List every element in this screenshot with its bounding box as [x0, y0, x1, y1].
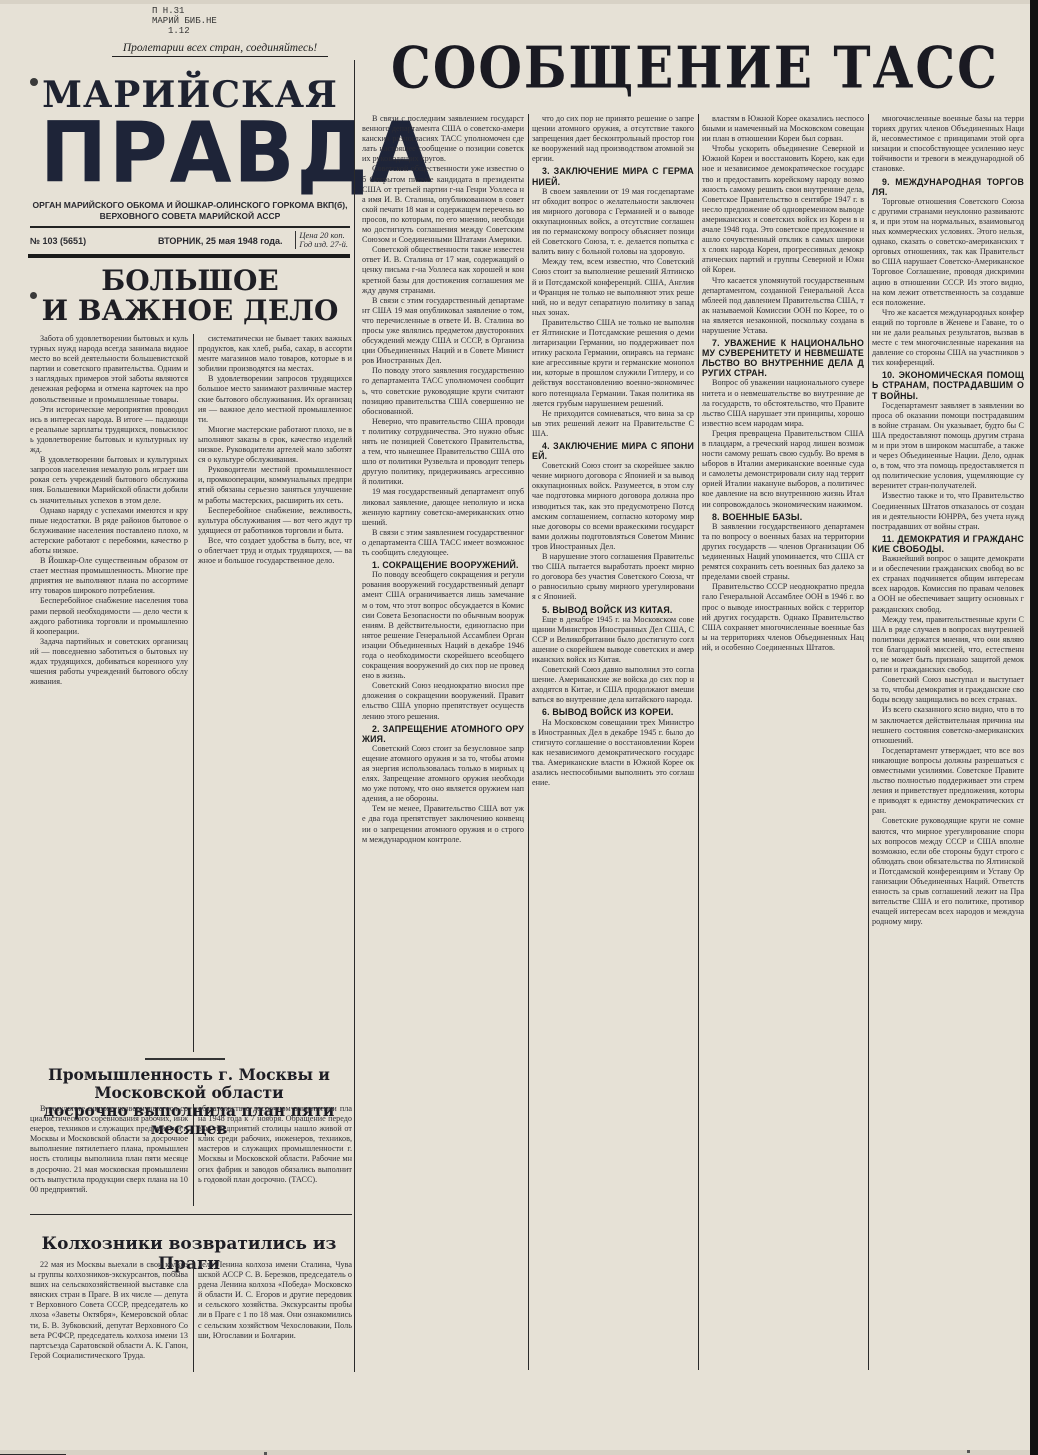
- ink-blot: [30, 78, 38, 86]
- tass-headline: СООБЩЕНИЕ ТАСС: [360, 34, 1030, 102]
- industry-article-column-1: В результате широко развернувшегося соци…: [30, 1104, 188, 1206]
- paragraph: Между тем, правительственные круги США в…: [872, 615, 1024, 676]
- editorial-column-1: Забота об удовлетворении бытовых и культ…: [30, 334, 188, 1052]
- article-separator: [145, 1058, 225, 1060]
- paragraph: В связи с этим государственный департаме…: [362, 296, 524, 367]
- paragraph: Однако наряду с успехами имеются и крупн…: [30, 506, 188, 556]
- paragraph: Известно также и то, что Правительство С…: [872, 491, 1024, 531]
- section-heading: 3. ЗАКЛЮЧЕНИЕ МИРА С ГЕРМАНИЕЙ.: [532, 166, 694, 186]
- tass-column-4: многочисленные военные базы на территори…: [872, 114, 1024, 1370]
- paragraph: Торговые отношения Советского Союза с др…: [872, 197, 1024, 308]
- tass-column-3: властям в Южной Корее оказались неспособ…: [702, 114, 864, 1370]
- masthead-organ-line: ОРГАН МАРИЙСКОГО ОБКОМА И ЙОШКАР-ОЛИНСКО…: [30, 200, 350, 228]
- paragraph: Госдепартамент утверждает, что все возни…: [872, 746, 1024, 817]
- issue-number: № 103 (5651): [30, 236, 86, 246]
- paragraph: что до сих пор не принято решение о запр…: [532, 114, 694, 164]
- paragraph: Тем не менее, Правительство США вот уже …: [362, 804, 524, 844]
- section-heading: 2. ЗАПРЕЩЕНИЕ АТОМНОГО ОРУЖИЯ.: [362, 724, 524, 744]
- paragraph: В связи с этим заявлением государственно…: [362, 528, 524, 558]
- paragraph: В своем заявлении от 19 мая госдепартаме…: [532, 187, 694, 258]
- paragraph: Правительство США не только не выполняет…: [532, 318, 694, 409]
- organ-line-1: ОРГАН МАРИЙСКОГО ОБКОМА И ЙОШКАР-ОЛИНСКО…: [30, 200, 350, 211]
- kolkhoz-article-column-1: 22 мая из Москвы выехали в свои колхозы …: [30, 1260, 188, 1372]
- section-heading: 8. ВОЕННЫЕ БАЗЫ.: [702, 512, 864, 522]
- paragraph: Руководители местной промышленности, про…: [198, 465, 352, 505]
- paragraph: Советский Союз неоднократно вносил предл…: [362, 681, 524, 721]
- paragraph: Бесперебойное снабжение населения товара…: [30, 596, 188, 636]
- paragraph: Советские руководящие круги не сомневают…: [872, 816, 1024, 927]
- paragraph: Советский Союз стоит за безусловное запр…: [362, 744, 524, 805]
- paragraph: Греция превращена Правительством США в п…: [702, 429, 864, 510]
- paragraph: Еще в декабре 1945 г. на Московском сове…: [532, 615, 694, 665]
- paragraph: многочисленные военные базы на территори…: [872, 114, 1024, 175]
- paragraph: Правительство СССР неоднократно предлага…: [702, 582, 864, 653]
- paragraph: В удовлетворении запросов трудящихся бол…: [198, 374, 352, 424]
- paragraph: Важнейший вопрос о защите демократии и о…: [872, 554, 1024, 615]
- paragraph: Неверно, что правительство США проводит …: [362, 417, 524, 488]
- column-divider: [528, 114, 529, 1370]
- archive-stamp: П Н.31 МАРИЙ БИБ.НЕ 1.12: [152, 6, 217, 36]
- column-divider: [698, 114, 699, 1370]
- paragraph: Эти исторические мероприятия проводились…: [30, 405, 188, 455]
- paragraph: Бесперебойное снабжение, вежливость, кул…: [198, 506, 352, 536]
- section-heading: 7. УВАЖЕНИЕ К НАЦИОНАЛЬНОМУ СУВЕРЕНИТЕТУ…: [702, 338, 864, 378]
- section-heading: 9. МЕЖДУНАРОДНАЯ ТОРГОВЛЯ.: [872, 177, 1024, 197]
- industry-article-column-2: обязательств о досрочном выполнении план…: [198, 1104, 352, 1206]
- paragraph: Из всего сказанного ясно видно, что в то…: [872, 705, 1024, 745]
- section-heading: 6. ВЫВОД ВОЙСК ИЗ КОРЕИ.: [532, 707, 694, 717]
- paragraph: По поводу всеобщего сокращения и регулир…: [362, 570, 524, 681]
- ink-blot: [30, 292, 37, 299]
- newspaper-page: П Н.31 МАРИЙ БИБ.НЕ 1.12 Пролетарии всех…: [0, 4, 1030, 1450]
- paragraph: Вопрос об уважении национального суверен…: [702, 378, 864, 428]
- paragraph: В Йошкар-Оле существенным образом отстае…: [30, 556, 188, 596]
- section-divider: [354, 60, 355, 1372]
- masthead-motto: Пролетарии всех стран, соединяйтесь!: [112, 42, 328, 57]
- paragraph: По поводу этого заявления государственно…: [362, 366, 524, 416]
- section-heading: 1. СОКРАЩЕНИЕ ВООРУЖЕНИЙ.: [362, 560, 524, 570]
- paragraph: Между тем, всем известно, что Советский …: [532, 257, 694, 318]
- paragraph: Многие мастерские работают плохо, не вып…: [198, 425, 352, 465]
- paragraph: Советской общественности уже известно об…: [362, 164, 524, 245]
- column-divider: [868, 114, 869, 1370]
- paragraph: Задача партийных и советских организаций…: [30, 637, 188, 687]
- paragraph: Советский Союз стоит за скорейшее заключ…: [532, 461, 694, 552]
- paragraph: систематически не бывает таких важных пр…: [198, 334, 352, 374]
- paragraph: Советский Союз выступал и выступает за т…: [872, 675, 1024, 705]
- section-heading: 4. ЗАКЛЮЧЕНИЕ МИРА С ЯПОНИЕЙ.: [532, 441, 694, 461]
- column-divider: [193, 334, 194, 1052]
- paragraph: На Московском совещании трех Министров И…: [532, 718, 694, 789]
- paragraph: Чтобы ускорить объединение Северной и Юж…: [702, 144, 864, 275]
- paragraph: В заявлении государственного департамент…: [702, 522, 864, 583]
- paragraph: властям в Южной Корее оказались неспособ…: [702, 114, 864, 144]
- paragraph: Забота об удовлетворении бытовых и культ…: [30, 334, 188, 405]
- kolkhoz-article-column-2: дела Ленина колхоза имени Сталина, Чуваш…: [198, 1260, 352, 1372]
- paragraph: Все, что создает удобства в быту, все, ч…: [198, 536, 352, 566]
- section-heading: 10. ЭКОНОМИЧЕСКАЯ ПОМОЩЬ СТРАНАМ, ПОСТРА…: [872, 370, 1024, 400]
- tass-column-2: что до сих пор не принято решение о запр…: [532, 114, 694, 1370]
- column-divider: [193, 1104, 194, 1206]
- tass-column-1: В связи с последним заявлением государст…: [362, 114, 524, 1370]
- section-heading: 5. ВЫВОД ВОЙСК ИЗ КИТАЯ.: [532, 605, 694, 615]
- issue-info-row: № 103 (5651) ВТОРНИК, 25 мая 1948 года. …: [28, 234, 350, 258]
- paragraph: 19 мая государственный департамент опубл…: [362, 487, 524, 527]
- paragraph: Советский Союз давно выполнил это соглаш…: [532, 665, 694, 705]
- section-heading: 11. ДЕМОКРАТИЯ И ГРАЖДАНСКИЕ СВОБОДЫ.: [872, 534, 1024, 554]
- paragraph: В нарушение этого соглашения Правительст…: [532, 552, 694, 602]
- editorial-column-2: систематически не бывает таких важных пр…: [198, 334, 352, 1052]
- paragraph: Что касается упомянутой государственным …: [702, 276, 864, 337]
- masthead-title-main: ПРАВДА: [40, 110, 340, 196]
- paragraph: Не приходится сомневаться, что вина за с…: [532, 409, 694, 439]
- price-info: Цена 20 коп. Год изд. 27-й.: [295, 231, 348, 249]
- scan-edge: [1030, 0, 1038, 1455]
- paragraph: Что же касается международных конференци…: [872, 308, 1024, 369]
- paragraph: Госдепартамент заявляет в заявлении вопр…: [872, 401, 1024, 492]
- paragraph: Советской общественности также известен …: [362, 245, 524, 295]
- organ-line-2: ВЕРХОВНОГО СОВЕТА МАРИЙСКОЙ АССР: [30, 211, 350, 222]
- issue-date: ВТОРНИК, 25 мая 1948 года.: [158, 236, 282, 246]
- column-divider: [193, 1260, 194, 1372]
- article-separator: [30, 1214, 352, 1215]
- editorial-headline: БОЛЬШОЕ И ВАЖНОЕ ДЕЛО: [30, 266, 350, 326]
- ink-speck: [967, 1450, 970, 1453]
- paragraph: В связи с последним заявлением государст…: [362, 114, 524, 164]
- paragraph: В удовлетворении бытовых и культурных за…: [30, 455, 188, 505]
